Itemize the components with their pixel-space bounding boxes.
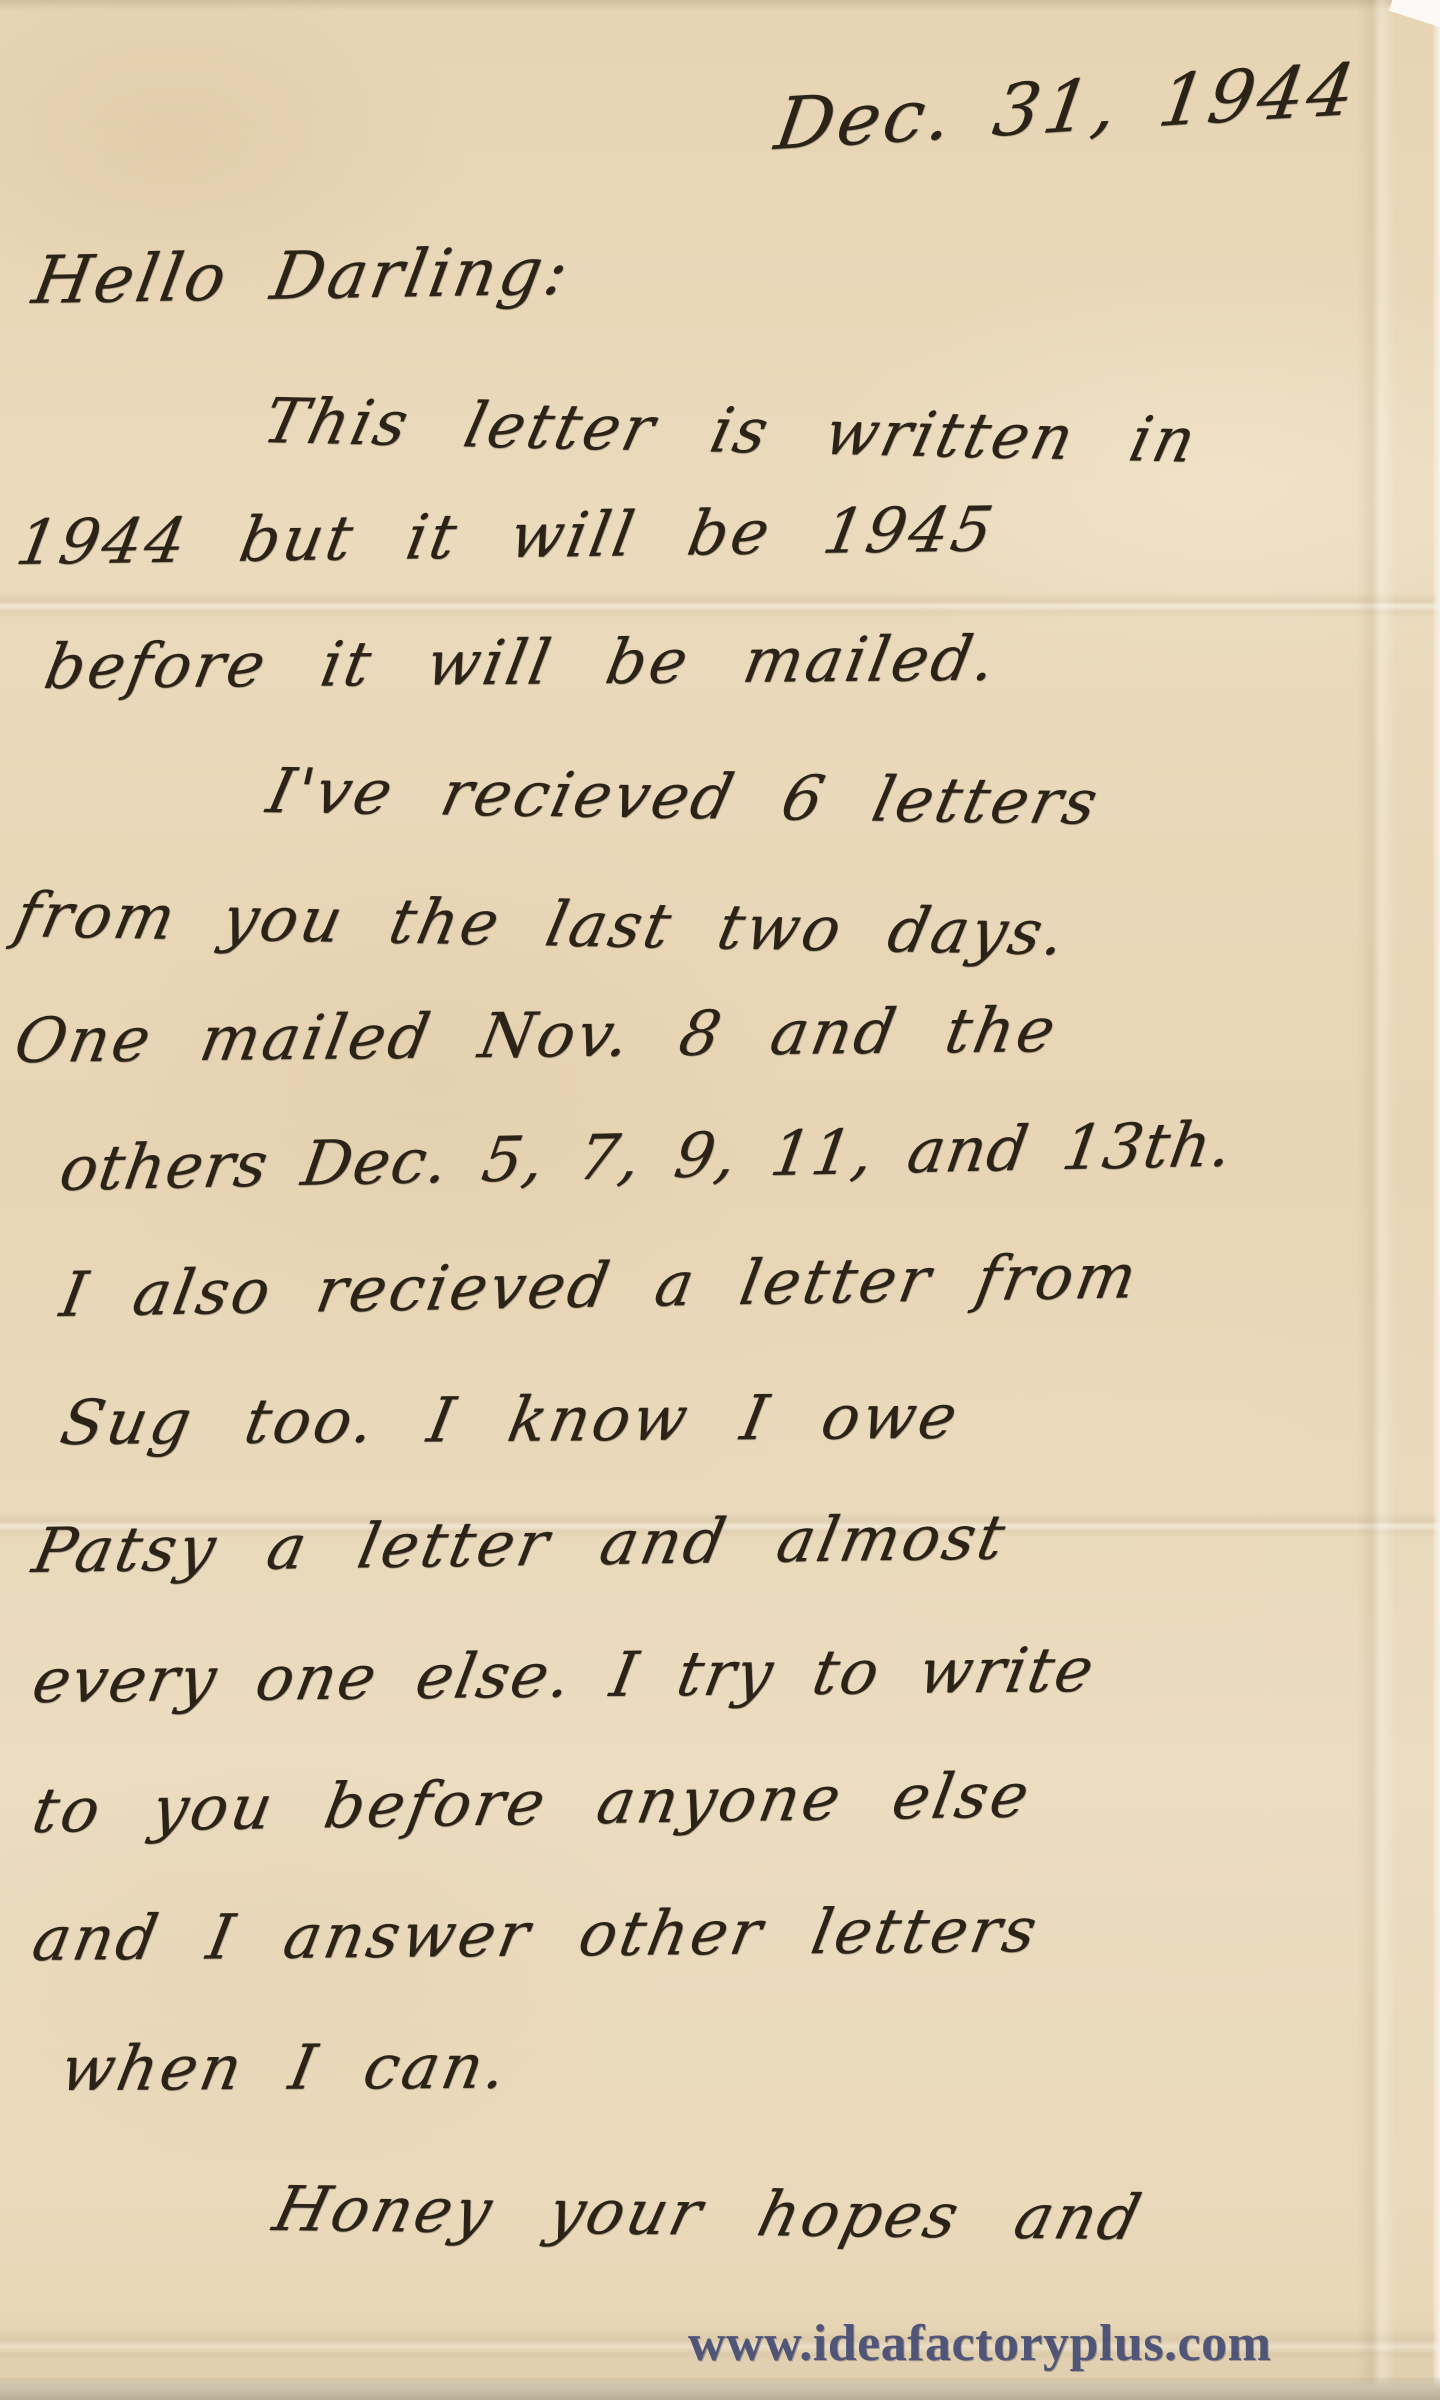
fold-crease-horizontal [0,592,1440,618]
letter-line: from you the last two days. [10,884,1074,964]
site-watermark: www.ideafactoryplus.com [688,2318,1271,2370]
letter-line: others Dec. 5, 7, 9, 11, and 13th. [56,1114,1237,1200]
salutation-line: Hello Darling: [28,239,576,314]
letter-line: This letter is written in [258,390,1204,472]
letter-line: I also recieved a letter from [56,1245,1144,1326]
letter-line: Patsy a letter and almost [28,1506,1012,1582]
scan-edge-bottom [0,2378,1440,2400]
scan-edge-right [1433,0,1440,2400]
scan-top-shadow [0,0,1440,10]
letter-line: 1944 but it will be 1945 [12,498,1000,574]
letter-line: Honey your hopes and [268,2178,1149,2249]
letter-line: One mailed Nov. 8 and the [10,999,1063,1072]
letter-line: before it will be mailed. [40,628,1003,698]
letter-line: and I answer other letters [28,1899,1044,1970]
fold-crease-vertical [1356,0,1396,2400]
date-line: Dec. 31, 1944 [771,53,1362,160]
letter-line: when I can. [56,2036,514,2100]
letter-line: to you before anyone else [28,1764,1036,1842]
letter-line: every one else. I try to write [28,1639,1100,1712]
letter-page: Dec. 31, 1944 Hello Darling: This letter… [0,0,1440,2400]
letter-line: Sug too. I know I owe [56,1386,965,1454]
letter-line: I've recieved 6 letters [262,760,1106,834]
